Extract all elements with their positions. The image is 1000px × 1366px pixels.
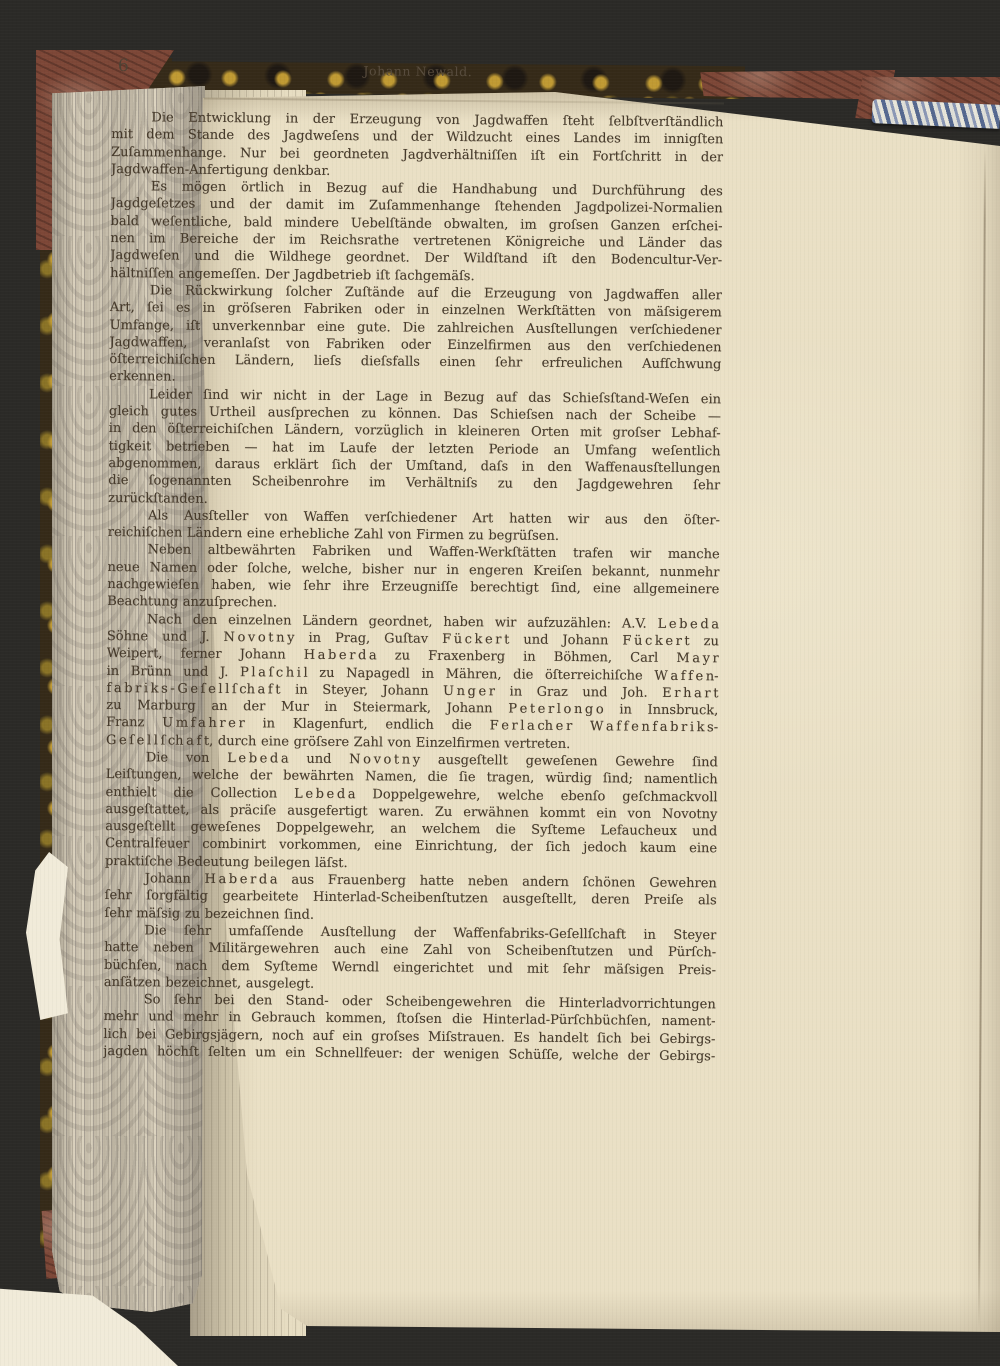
paragraph: Es mögen örtlich in Bezug auf die Handha… [110, 178, 723, 287]
paragraph: Johann H a b e r d a aus Frauenberg hatt… [104, 870, 716, 927]
printed-text-area: 6 Johann Newald. Die Entwicklung in der … [102, 56, 724, 1181]
page-header: 6 Johann Newald. [112, 56, 724, 83]
paragraph: Die Rückwirkung ſolcher Zuſtände auf die… [109, 282, 722, 391]
paragraph: Leider ſind wir nicht in der Lage in Bez… [108, 386, 721, 512]
text-body: Die Entwicklung in der Erzeugung von Jag… [103, 109, 723, 1066]
paragraph: Die von L e b e d a und N o v o t n y au… [105, 749, 718, 875]
running-header: Johann Newald. [112, 61, 724, 81]
paragraph: Nach den einzelnen Ländern geordnet, hab… [106, 611, 719, 755]
paragraph: Als Ausſteller von Waffen verſchiedener … [108, 507, 720, 547]
paragraph: Neben altbewährten Fabriken und Waffen-W… [107, 541, 720, 616]
endband-stripes [872, 99, 1000, 129]
scanned-book-page: 6 Johann Newald. Die Entwicklung in der … [0, 0, 1000, 1366]
paragraph: Die Entwicklung in der Erzeugung von Jag… [111, 109, 724, 184]
paragraph: Die ſehr umfaſſende Ausſtellung der Waff… [104, 922, 717, 997]
paragraph: So ſehr bei den Stand- oder Scheibengewe… [103, 991, 716, 1066]
